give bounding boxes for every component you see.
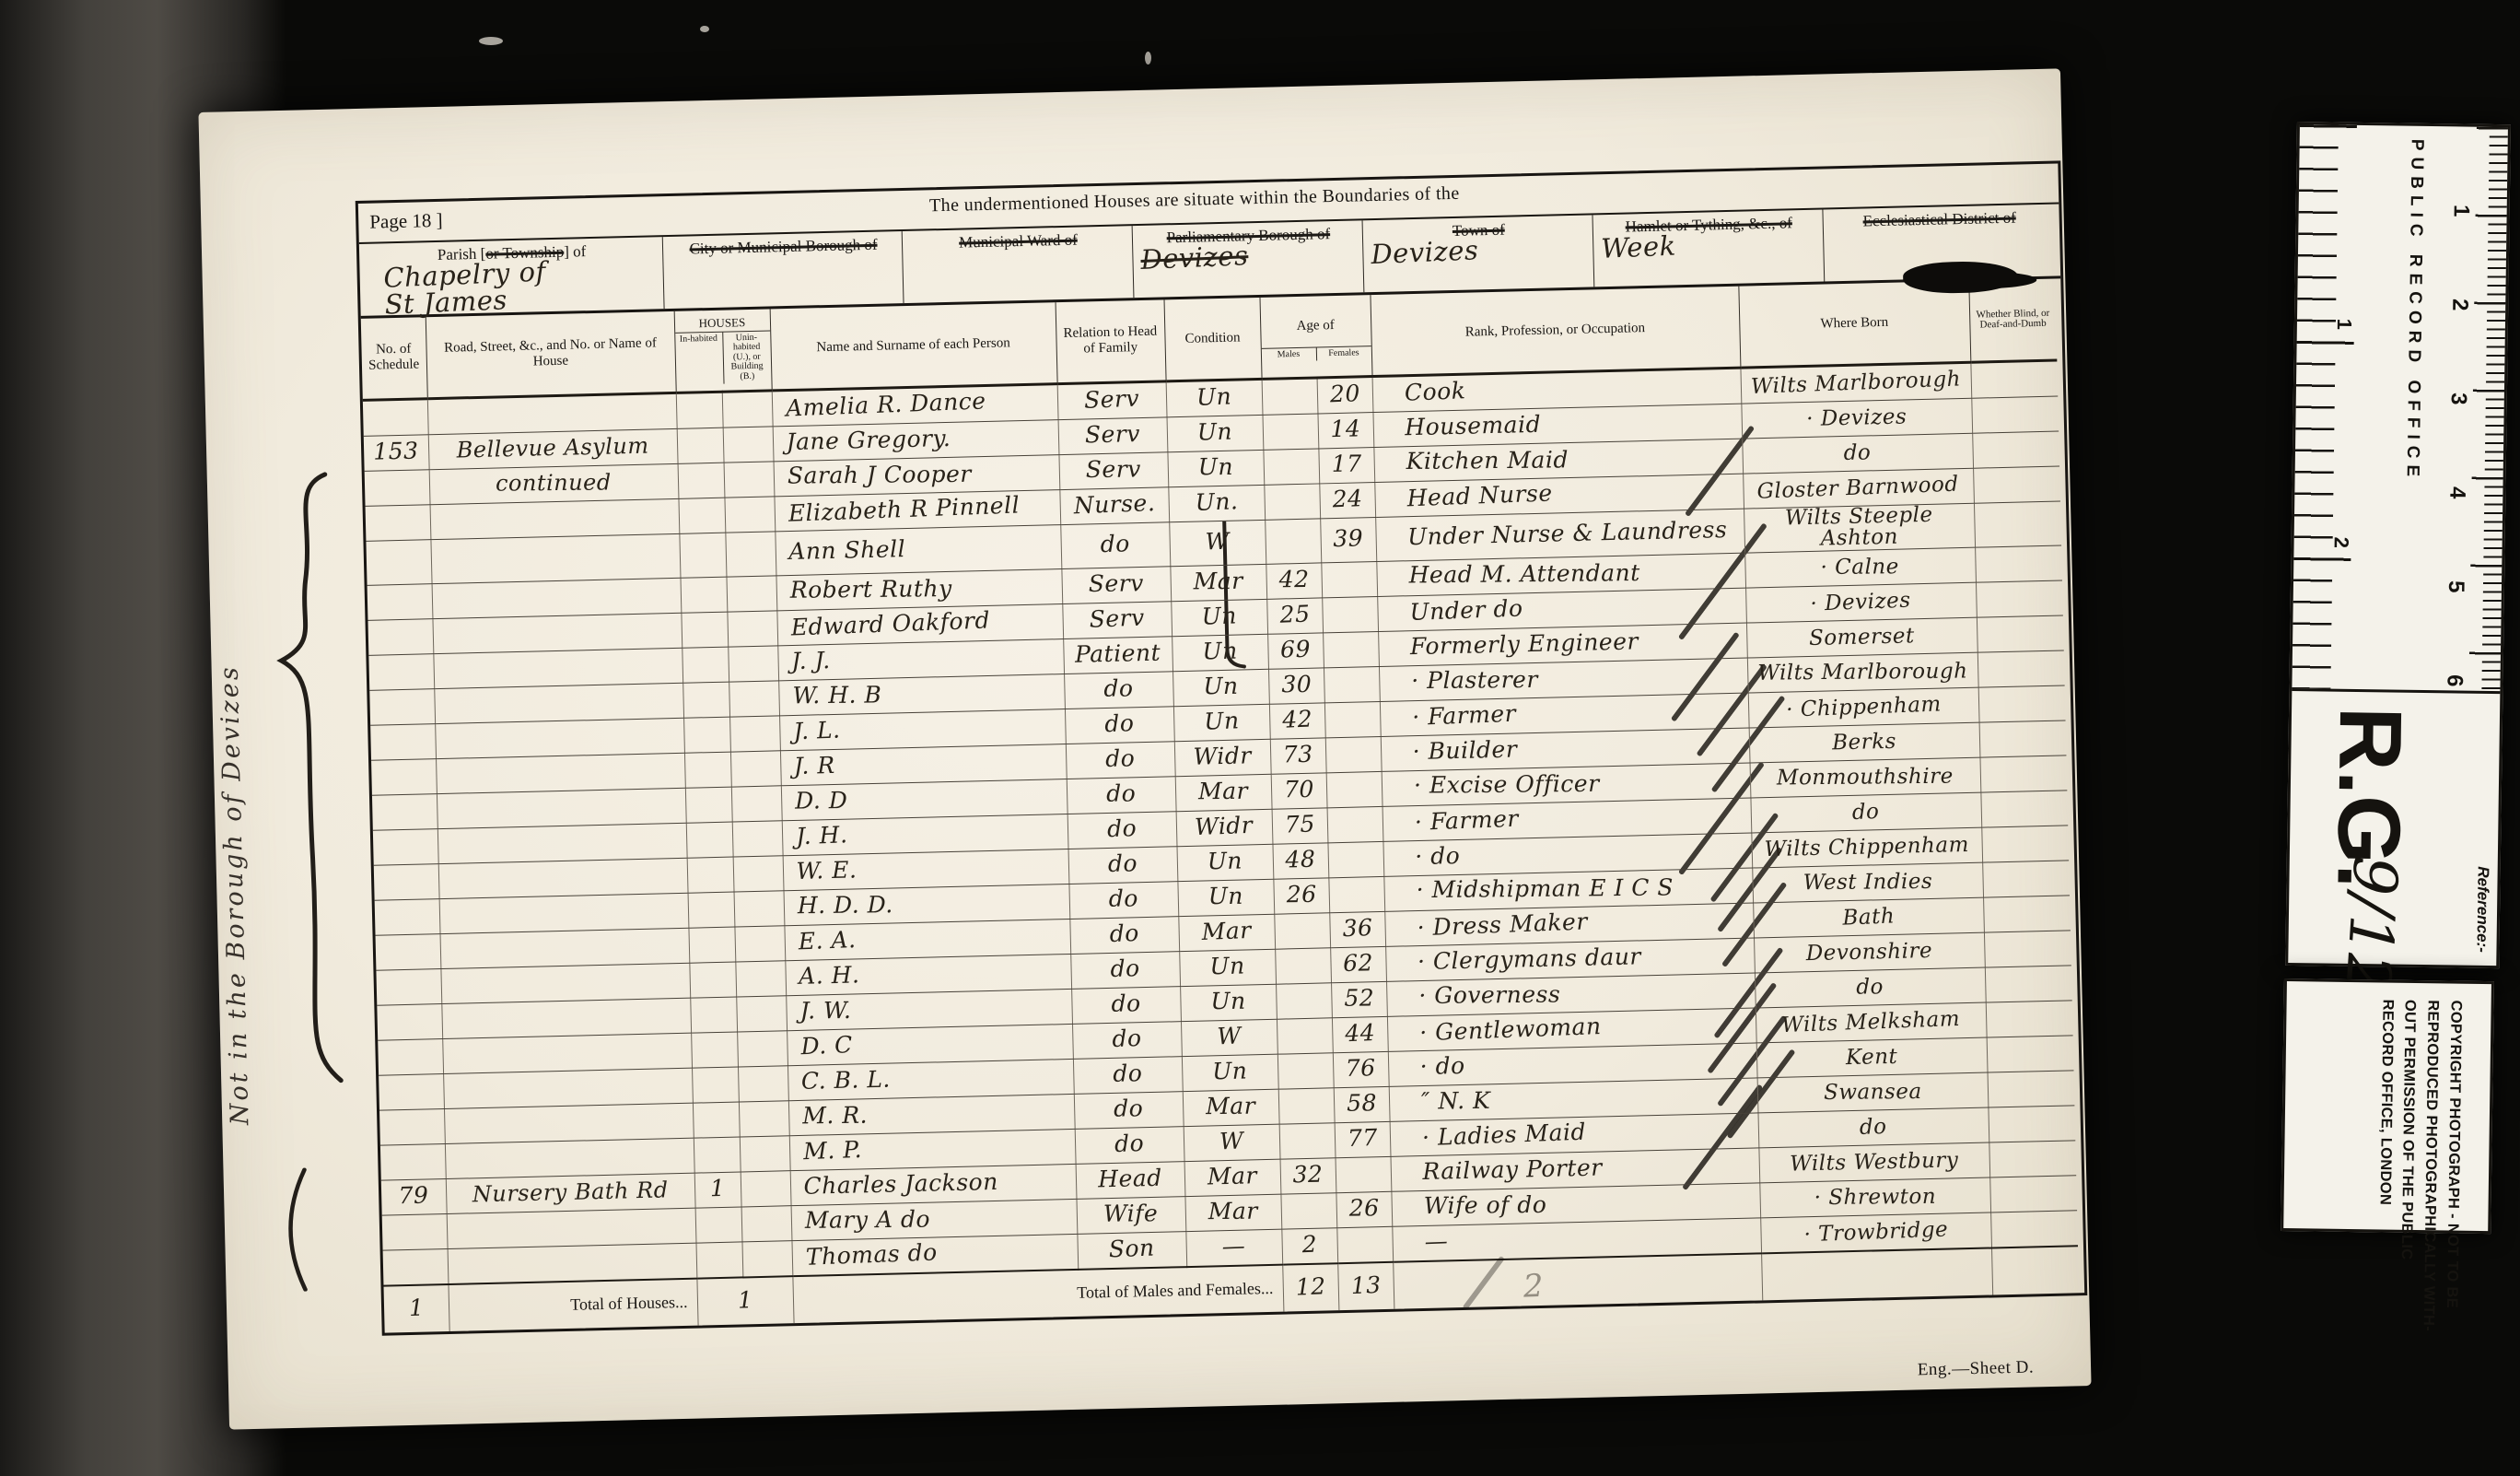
uninhabited-cell	[731, 785, 782, 821]
schedule-cell: 79	[381, 1178, 447, 1215]
age-male-cell: 30	[1268, 667, 1324, 703]
schedule-cell	[366, 539, 431, 585]
condition-cell-text: Un	[1202, 639, 1238, 663]
uninhabited-cell	[730, 750, 781, 786]
relation-cell-text: do	[1112, 1026, 1142, 1050]
age-female-cell-text: 62	[1343, 951, 1373, 975]
condition-cell: Widr	[1174, 739, 1271, 776]
born-cell: Devonshire	[1754, 932, 1985, 973]
blind-cell	[1984, 930, 2071, 966]
relation-cell: Head	[1076, 1161, 1185, 1199]
blind-cell	[1979, 755, 2067, 791]
born-cell: Wilts Westbury	[1758, 1142, 1989, 1183]
relation-cell: do	[1068, 846, 1178, 884]
hamlet-value: Week	[1601, 232, 1676, 262]
form-title: The undermentioned Houses are situate wi…	[929, 183, 1460, 217]
schedule-cell	[363, 398, 428, 436]
born-cell: do	[1750, 792, 1981, 833]
relation-cell: do	[1074, 1091, 1184, 1129]
condition-cell: Mar	[1170, 564, 1266, 601]
born-cell: Berks	[1749, 722, 1980, 763]
uninhabited-cell	[740, 1135, 790, 1171]
born-cell: Wilts Steeple Ashton	[1744, 503, 1975, 553]
name-cell-text: J. W.	[799, 999, 851, 1023]
name-cell-text: A. H.	[799, 963, 860, 988]
born-cell-text: · Chippenham	[1785, 694, 1941, 720]
age-male-cell-text: 69	[1280, 638, 1311, 662]
born-cell-text: Bath	[1842, 906, 1895, 929]
occupation-cell-text: · Plasterer	[1411, 668, 1538, 692]
age-female-cell-text: 58	[1347, 1091, 1377, 1114]
inhabited-cell	[682, 682, 729, 718]
uninhabited-cell	[735, 960, 786, 996]
relation-cell: Serv	[1062, 601, 1172, 638]
road-cell	[441, 998, 691, 1038]
census-photograph: { "photo": { "background": "#0a0a08", "p…	[0, 0, 2520, 1476]
born-cell: do	[1742, 433, 1973, 474]
relation-cell: do	[1067, 776, 1176, 814]
reference-section: Reference:- R.G. 9/1293	[2288, 691, 2500, 966]
parish-box: Parish [or Township] of Chapelry of St J…	[359, 237, 665, 316]
age-male-cell: 70	[1271, 772, 1327, 808]
born-cell: · Devizes	[1741, 398, 1972, 439]
inhabited-cell	[680, 577, 727, 613]
uninhabited-cell	[738, 1065, 788, 1101]
schedule-cell	[378, 1038, 443, 1075]
age-female-cell: 26	[1336, 1191, 1392, 1227]
condition-cell-text: W	[1219, 1129, 1243, 1153]
condition-cell-text: Mar	[1207, 1164, 1258, 1188]
blind-cell	[1990, 1210, 2078, 1248]
born-cell-text: do	[1860, 1117, 1887, 1139]
uninhabited-cell	[741, 1170, 791, 1206]
col-condition: Condition	[1164, 298, 1262, 381]
relation-cell-text: Wife	[1103, 1201, 1159, 1225]
name-cell-text: J. L.	[792, 718, 840, 743]
uninhabited-cell	[724, 496, 775, 532]
age-male-cell: 75	[1272, 807, 1328, 843]
city-box: City or Municipal Borough of	[663, 231, 904, 309]
inhabited-cell	[678, 463, 725, 498]
uninhabited-cell	[733, 855, 784, 891]
relation-cell-text: do	[1104, 711, 1135, 735]
ruler-inch-number: 2	[2329, 537, 2353, 549]
film-speck	[479, 37, 503, 45]
relation-cell-text: do	[1110, 956, 1140, 980]
occupation-cell-text: —	[1424, 1229, 1448, 1253]
age-male-cell-text: 2	[1301, 1233, 1317, 1257]
age-male-cell-text: 73	[1282, 743, 1312, 767]
condition-cell-text: Un	[1204, 709, 1240, 732]
uninhabited-cell	[732, 820, 783, 856]
born-cell-text: · Trowbridge	[1803, 1220, 1948, 1247]
blind-cell	[1987, 1035, 2074, 1072]
schedule-cell	[377, 1003, 442, 1040]
occupation-cell-text: · Midshipman E I C S	[1416, 875, 1674, 901]
total-houses-label: Total of Houses...	[448, 1278, 697, 1330]
road-cell	[435, 718, 684, 758]
col-age-females: Females	[1316, 346, 1371, 361]
road-cell: continued	[429, 463, 679, 504]
road-cell-text: continued	[496, 471, 612, 494]
born-cell-text: West Indies	[1802, 872, 1932, 894]
film-speck	[700, 26, 709, 32]
age-female-cell	[1321, 561, 1377, 597]
page-number: Page 18 ]	[369, 209, 443, 234]
city-label: City or Municipal Borough of	[671, 235, 896, 258]
blind-cell	[1977, 650, 2065, 686]
age-male-cell-text: 48	[1285, 848, 1315, 872]
town-value: Devizes	[1371, 237, 1479, 268]
occupation-cell-text: · Farmer	[1411, 702, 1516, 729]
inhabited-cell	[683, 717, 730, 753]
uninhabited-cell	[726, 575, 776, 611]
age-female-cell	[1327, 806, 1383, 842]
uninhabited-cell	[736, 995, 787, 1031]
name-cell-text: Edward Oakford	[790, 608, 990, 638]
road-cell	[442, 1033, 692, 1073]
condition-cell-text: Mar	[1201, 919, 1252, 943]
schedule-cell	[376, 933, 441, 970]
born-cell-text: · Devizes	[1811, 591, 1912, 615]
road-cell	[447, 1208, 696, 1248]
blind-cell	[1983, 895, 2071, 931]
relation-cell: do	[1073, 1056, 1183, 1094]
relation-cell: do	[1071, 986, 1181, 1024]
born-cell-text: Monmouthshire	[1777, 767, 1954, 790]
condition-cell-text: Un	[1207, 849, 1243, 873]
name-cell-text: M. R.	[802, 1104, 868, 1128]
name-cell-text: J. H.	[795, 823, 847, 848]
road-cell	[430, 533, 680, 583]
inhabited-cell	[689, 962, 736, 998]
age-male-cell-text: 26	[1286, 883, 1316, 906]
col-born: Where Born	[1738, 281, 1970, 368]
road-cell	[443, 1068, 693, 1108]
born-cell: · Devizes	[1745, 582, 1977, 623]
age-male-cell-text: 70	[1284, 778, 1314, 801]
road-cell	[437, 788, 686, 828]
age-female-cell: 17	[1318, 447, 1374, 483]
age-male-cell	[1265, 518, 1321, 563]
age-male-cell	[1277, 1017, 1333, 1053]
age-male-cell: 42	[1266, 562, 1322, 598]
occupation-cell-text: Head Nurse	[1406, 481, 1553, 510]
born-cell-text: Wilts Marlborough	[1757, 662, 1967, 685]
road-cell: Nursery Bath Rd	[446, 1173, 695, 1213]
relation-cell-text: do	[1114, 1096, 1143, 1119]
age-male-cell	[1279, 1122, 1336, 1158]
condition-cell: Un.	[1168, 485, 1265, 521]
relation-cell: Wife	[1076, 1196, 1185, 1234]
name-cell-text: C. B. L.	[801, 1068, 892, 1093]
name-cell-text: Charles Jackson	[803, 1170, 998, 1198]
occupation-cell-text: · Dress Maker	[1417, 909, 1588, 939]
age-female-cell	[1328, 876, 1384, 912]
condition-cell: —	[1185, 1229, 1282, 1267]
age-female-cell-text: 26	[1348, 1196, 1379, 1219]
relation-cell: Serv	[1058, 416, 1168, 454]
age-male-cell	[1278, 1087, 1335, 1123]
condition-cell-text: W	[1205, 530, 1230, 554]
schedule-cell	[367, 583, 433, 620]
ruler-cm-major-ticks	[2468, 127, 2508, 691]
ruler-cm-number: 1	[2448, 126, 2475, 220]
relation-cell-text: do	[1107, 816, 1137, 840]
blind-cell	[1973, 466, 2060, 503]
schedule-cell	[370, 723, 436, 760]
age-female-cell-text: 17	[1331, 452, 1361, 475]
age-female-cell: 52	[1331, 981, 1387, 1017]
age-female-cell	[1322, 596, 1378, 632]
age-male-cell: 42	[1269, 702, 1325, 738]
condition-cell: Un	[1172, 634, 1268, 671]
copyright-line: RECORD OFFICE, LONDON	[2373, 999, 2398, 1218]
occupation-cell-text: Housemaid	[1405, 413, 1541, 439]
inhabited-cell	[678, 498, 725, 533]
age-female-cell: 44	[1332, 1016, 1388, 1052]
road-cell: Bellevue Asylum	[428, 428, 678, 469]
born-cell: Wilts Marlborough	[1740, 362, 1971, 404]
total-houses-value: 1	[696, 1276, 793, 1325]
condition-cell: Un	[1173, 704, 1270, 741]
born-cell: · Chippenham	[1748, 687, 1979, 728]
relation-cell: do	[1075, 1126, 1184, 1164]
name-cell-text: Jane Gregory.	[786, 427, 951, 453]
condition-cell: Un	[1171, 599, 1267, 636]
ruler-cm-number: 3	[2445, 314, 2472, 408]
town-box: Town of Devizes	[1363, 215, 1595, 292]
relation-cell-text: Serv	[1085, 422, 1141, 446]
col-name: Name and Surname of each Person	[770, 302, 1057, 390]
blind-cell	[1980, 790, 2068, 826]
relation-cell: do	[1066, 741, 1175, 779]
occupation-cell-text: · Farmer	[1414, 807, 1519, 834]
condition-cell-text: Widr	[1193, 744, 1252, 767]
schedule-cell	[368, 653, 434, 690]
condition-cell: Widr	[1176, 809, 1273, 846]
name-cell-text: Robert Ruthy	[789, 577, 951, 602]
relation-cell: Serv	[1061, 566, 1171, 603]
relation-cell-text: Serv	[1084, 387, 1140, 412]
inhabited-cell	[693, 1101, 740, 1137]
born-cell-text: Wilts Westbury	[1790, 1150, 1959, 1175]
condition-cell-text: Mar	[1208, 1200, 1258, 1224]
empty-cell	[1393, 1253, 1762, 1308]
relation-cell: Patient	[1063, 636, 1172, 674]
condition-cell-text: Un	[1196, 384, 1231, 408]
road-cell-text: Bellevue Asylum	[456, 434, 648, 461]
relation-cell-text: do	[1109, 921, 1139, 945]
born-cell: Bath	[1753, 897, 1984, 938]
age-female-cell: 58	[1334, 1086, 1390, 1122]
schedule-cell	[373, 828, 438, 865]
condition-cell: Mar	[1184, 1159, 1281, 1196]
age-female-cell	[1323, 631, 1379, 667]
road-cell	[448, 1243, 697, 1284]
relation-cell: do	[1069, 916, 1179, 954]
relation-cell: do	[1065, 706, 1174, 744]
relation-cell-text: do	[1100, 532, 1130, 556]
blind-cell	[1975, 545, 2062, 581]
uninhabited-cell	[734, 925, 785, 961]
inhabited-cell	[688, 927, 735, 963]
relation-cell-text: do	[1109, 886, 1138, 909]
uninhabited-cell	[739, 1100, 789, 1136]
age-male-cell-text: 30	[1281, 673, 1312, 696]
name-cell: Ann Shell	[775, 524, 1061, 575]
road-cell	[444, 1103, 694, 1143]
film-speck	[1145, 52, 1151, 64]
relation-cell-text: do	[1108, 851, 1138, 875]
born-cell: Gloster Barnwood	[1743, 468, 1974, 509]
ruler-inch-number: 1	[2332, 319, 2356, 331]
born-cell-text: Somerset	[1809, 626, 1915, 650]
name-cell-text: W. H. B	[792, 683, 881, 707]
col-uninhabited: Unin-habited (U.), or Building (B.)	[723, 331, 771, 384]
condition-cell-text: Un	[1208, 884, 1243, 908]
condition-cell: W	[1181, 1019, 1277, 1056]
age-female-cell-text: 77	[1347, 1126, 1378, 1150]
age-male-cell-text: 25	[1279, 603, 1311, 627]
uninhabited-cell	[741, 1205, 792, 1241]
age-female-cell-text: 52	[1344, 986, 1374, 1009]
relation-cell-text: Patient	[1075, 641, 1161, 666]
hamlet-box: Hamlet or Tything, &c., of Week	[1592, 209, 1825, 287]
condition-cell: W	[1184, 1124, 1280, 1161]
born-cell-text: Swansea	[1824, 1082, 1922, 1104]
born-cell: Wilts Chippenham	[1751, 827, 1982, 868]
schedule-cell	[379, 1073, 444, 1110]
name-cell-text: Mary A do	[804, 1208, 929, 1232]
age-male-cell: 25	[1266, 597, 1323, 633]
relation-cell: Nurse.	[1059, 486, 1169, 524]
blind-cell	[1978, 685, 2066, 721]
relation-cell-text: Son	[1108, 1236, 1155, 1261]
born-cell: Kent	[1756, 1037, 1988, 1078]
uninhabited-cell	[729, 715, 780, 751]
empty-cell	[1991, 1246, 2079, 1294]
occupation-cell-text: Railway Porter	[1422, 1155, 1603, 1183]
age-female-cell	[1336, 1226, 1393, 1263]
born-cell: do	[1757, 1107, 1989, 1148]
ward-box: Municipal Ward of	[903, 226, 1135, 303]
reference-caption: Reference:-	[2472, 866, 2491, 953]
occupation-cell-text: · Gentlewoman	[1418, 1014, 1601, 1044]
relation-cell: do	[1068, 881, 1178, 919]
office-name: PUBLIC RECORD OFFICE	[2398, 139, 2427, 703]
schedule-cell	[379, 1108, 445, 1145]
age-male-cell	[1276, 982, 1332, 1018]
name-cell-text: Elizabeth R Pinnell	[787, 493, 1020, 524]
relation-cell: do	[1070, 951, 1180, 989]
occupation-cell-text: · do	[1419, 1054, 1465, 1078]
born-cell: Wilts Melksham	[1756, 1002, 1987, 1043]
parliamentary-box: Parliamentary Borough of Devizes	[1133, 220, 1365, 298]
age-female-cell	[1324, 666, 1380, 702]
age-male-cell	[1280, 1192, 1336, 1228]
born-cell-text: Wilts Melksham	[1781, 1009, 1961, 1037]
inhabited-cell	[688, 892, 735, 928]
age-female-cell: 20	[1317, 376, 1373, 413]
uninhabited-cell	[741, 1240, 792, 1277]
road-cell	[432, 613, 682, 653]
relation-cell-text: Serv	[1089, 606, 1145, 631]
road-cell	[430, 498, 680, 539]
born-cell-text: Wilts Steeple Ashton	[1744, 503, 1975, 551]
born-cell: West Indies	[1752, 862, 1983, 903]
census-table: No. of Schedule Road, Street, &c., and N…	[361, 279, 2079, 1333]
relation-cell: Serv	[1058, 451, 1168, 489]
condition-cell-text: Un	[1203, 674, 1238, 697]
name-cell-text: Ann Shell	[788, 537, 905, 563]
occupation-cell-text: · Clergymans daur	[1417, 944, 1641, 973]
age-female-cell-text: 36	[1342, 916, 1373, 940]
uninhabited-cell	[723, 426, 774, 462]
sheet-footer: Eng.—Sheet D.	[1638, 1357, 2034, 1387]
age-male-cell: 26	[1273, 877, 1329, 913]
condition-cell-text: W	[1217, 1024, 1242, 1048]
occupation-cell-text: Under do	[1409, 596, 1523, 624]
schedule-brace	[271, 1167, 314, 1292]
occupation-cell-text: Wife of do	[1423, 1193, 1546, 1217]
born-cell: Monmouthshire	[1750, 757, 1981, 798]
occupation-cell-text: · Ladies Maid	[1421, 1120, 1586, 1150]
blind-cell	[1986, 1000, 2073, 1037]
blind-cell	[1989, 1140, 2076, 1177]
age-male-cell: 69	[1267, 632, 1324, 668]
relation-cell-text: do	[1113, 1061, 1143, 1085]
born-cell-text: · Calne	[1821, 556, 1899, 579]
schedule-cell	[376, 968, 441, 1005]
occupation-cell-text: Head M. Attendant	[1408, 561, 1639, 586]
schedule-cell	[375, 898, 440, 935]
age-female-cell-text: 39	[1333, 526, 1363, 550]
uninhabited-cell	[734, 890, 785, 926]
census-sheet: Not in the Borough of Devizes 2 Page 18 …	[198, 68, 2091, 1429]
parliamentary-value: Devizes	[1140, 242, 1249, 274]
name-cell-text: H. D. D.	[797, 893, 892, 917]
condition-cell-text: Un.	[1195, 489, 1239, 514]
occupation-cell-text: · Excise Officer	[1413, 772, 1599, 797]
parish-value: Chapelry of St James	[367, 258, 548, 319]
uninhabited-cell	[722, 390, 773, 427]
name-cell-text: M. P.	[802, 1138, 862, 1163]
schedule-cell-text: 153	[373, 439, 419, 463]
name-cell-text: Sarah J Cooper	[787, 463, 971, 487]
ecclesiastical-box: Ecclesiastical District of	[1823, 205, 2055, 282]
condition-cell-text: Un	[1198, 455, 1233, 478]
relation-cell: do	[1067, 811, 1177, 849]
uninhabited-cell	[728, 645, 778, 681]
ruler: 123456 PUBLIC RECORD OFFICE 12	[2292, 124, 2508, 694]
road-cell	[438, 858, 688, 898]
condition-cell: Un	[1167, 450, 1264, 486]
age-male-cell: 48	[1272, 842, 1328, 878]
inhabited-cell: 1	[694, 1171, 741, 1207]
total-males-value: 12	[1282, 1263, 1338, 1311]
inhabited-cell	[686, 822, 733, 858]
born-cell-text: Wilts Marlborough	[1750, 369, 1961, 398]
condition-cell: Un	[1176, 844, 1273, 881]
occupation-cell-text: Kitchen Maid	[1406, 448, 1568, 473]
relation-cell-text: Serv	[1086, 457, 1141, 481]
blind-cell	[1971, 396, 2059, 433]
condition-cell-text: Un	[1197, 420, 1233, 444]
relation-cell: do	[1064, 671, 1173, 709]
reference-label: 123456 PUBLIC RECORD OFFICE 12 Reference…	[2297, 122, 2514, 969]
age-male-cell	[1264, 483, 1320, 519]
